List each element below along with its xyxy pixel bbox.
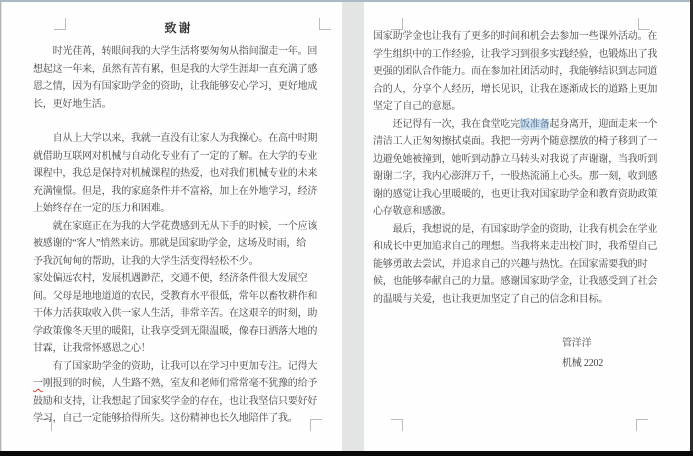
paragraph: 家处偏远农村，发展机遇渺茫，交通不便，经济条件很大发展空间。父母是地地道道的农民… — [33, 270, 324, 358]
text-line: 学政策像冬天里的暖阳，让我享受到无限温暖，像春日洒落大地的 — [33, 323, 324, 341]
text-line: 更强的团队合作能力。而在参加社团活动时，我能够结识到志同道 — [373, 63, 665, 81]
text-line: 予我沉甸甸的帮助，让我的大学生活变得轻松不少。 — [33, 253, 324, 271]
text-segment: 刚报到的时候，人生路不熟，室友和老师们常常毫不犹豫的给予 — [43, 378, 317, 389]
page-1-content: 致谢 时光荏苒，转眼间我的大学生活将要匆匆从指间溜走一年。回想起这一年来，虽然有… — [2, 2, 342, 428]
signature-name: 管洋洋 — [562, 334, 665, 354]
spellcheck-underline: 一 — [33, 378, 43, 389]
paragraph: 还记得有一次，我在食堂吃完饭准备起身离开，迎面走来一个清洁工人正匆匆擦拭桌面。我… — [373, 116, 665, 221]
text-line: 谢的感觉让我心里暖暖的，也更让我对国家助学金和教育资助政策 — [373, 186, 665, 204]
text-line: 最后，我想说的是，有国家助学金的资助，让我有机会在学业 — [373, 221, 665, 239]
text-line: 合的人，分享个人经历，增长见识，让我在逐渐成长的道路上更加 — [373, 81, 665, 99]
text-segment: 还记得有一次，我在食堂吃完 — [373, 119, 520, 130]
text-segment: 起身离开，迎面走来一个 — [549, 119, 657, 130]
text-line: 学生组织中的工作经验，让我学习到很多实践经验，也锻炼出了我 — [373, 46, 665, 64]
text-line: 边避免她被撞到，她听到动静立马转头对我说了声谢谢，当我听到 — [373, 151, 665, 169]
text-line: 还记得有一次，我在食堂吃完饭准备起身离开，迎面走来一个 — [373, 116, 665, 134]
text-line: 有了国家助学金的资助，让我可以在学习中更加专注。记得大 — [33, 358, 324, 376]
grammar-highlight: 饭准备 — [520, 119, 549, 130]
document-view: 致谢 时光荏苒，转眼间我的大学生活将要匆匆从指间溜走一年。回想起这一年来，虽然有… — [0, 0, 693, 456]
paragraph: 时光荏苒，转眼间我的大学生活将要匆匆从指间溜走一年。回想起这一年来，虽然有苦有累… — [33, 43, 324, 113]
paragraph: 最后，我想说的是，有国家助学金的资助，让我有机会在学业和成长中更加追求自己的理想… — [373, 221, 665, 309]
text-line: 被感谢的“客人”悄然来访。那就是国家助学金，这场及时雨，给 — [33, 235, 324, 253]
window-bottom-edge — [0, 451, 693, 456]
paragraph: 自从上大学以来，我就一直没有让家人为我操心。在高中时期就借助互联网对机械与自动化… — [33, 130, 324, 218]
paragraph: 就在家庭正在为我的大学花费感到无从下手的时候，一个应该被感谢的“客人”悄然来访。… — [33, 218, 324, 271]
text-line: 鼓励和支持，让我想起了国家奖学金的存在，也让我坚信只要好好 — [33, 393, 324, 411]
text-line: 坚定了自己的意愿。 — [373, 98, 665, 116]
paragraph: 有了国家助学金的资助，让我可以在学习中更加专注。记得大一刚报到的时候，人生路不熟… — [33, 358, 324, 428]
text-line: 心存敬意和感激。 — [373, 203, 665, 221]
margin-corner-mark — [636, 419, 648, 431]
document-page-2[interactable]: 国家助学金也让我有了更多的时间和机会去参加一些课外活动。在学生组织中的工作经验，… — [364, 2, 690, 451]
text-line: 清洁工人正匆匆擦拭桌面。我把一旁两个随意摆放的椅子移到了一 — [373, 133, 665, 151]
page-2-body: 国家助学金也让我有了更多的时间和机会去参加一些课外活动。在学生组织中的工作经验，… — [373, 28, 665, 308]
signature-block: 管洋洋 机械 2202 — [562, 334, 665, 374]
margin-corner-mark — [391, 419, 403, 431]
text-line: 充满憧憬。但是，我的家庭条件并不富裕，加上在外地学习，经济 — [33, 183, 324, 201]
text-line: 和成长中更加追求自己的理想。当我将来走出校门时，我希望自己 — [373, 238, 665, 256]
document-title: 致谢 — [33, 18, 324, 38]
text-line: 课程中，我总是保持对机械课程的热爱，也对我们机械专业的未来 — [33, 165, 324, 183]
text-line: 恩之情，因为有国家助学金的资助，让我能够安心学习，更好地成 — [33, 78, 324, 96]
text-line: 能够勇敢去尝试，并追求自己的兴趣与热忱。在国家需要我的时 — [373, 256, 665, 274]
text-line: 国家助学金也让我有了更多的时间和机会去参加一些课外活动。在 — [373, 28, 665, 46]
text-line: 甘霖，让我常怀感恩之心！ — [33, 340, 324, 358]
text-line: 的温暖与关爱，也让我更加坚定了自己的信念和目标。 — [373, 291, 665, 309]
text-line: 上始终存在一定的压力和困难。 — [33, 200, 324, 218]
window-left-edge — [0, 0, 1, 456]
text-line: 学习，自己一定能够拾得所失。这份精神也长久地陪伴了我。 — [33, 410, 324, 428]
text-line: 候，也能够奉献自己的力量。感谢国家助学金，让我感受到了社会 — [373, 273, 665, 291]
text-line: 一刚报到的时候，人生路不熟，室友和老师们常常毫不犹豫的给予 — [33, 375, 324, 393]
text-line: 家处偏远农村，发展机遇渺茫，交通不便，经济条件很大发展空 — [33, 270, 324, 288]
text-line: 想起这一年来，虽然有苦有累，但是我的大学生涯却一直充满了感 — [33, 61, 324, 79]
text-line: 间。父母是地地道道的农民，受教育水平很低，常年以畜牧耕作和 — [33, 288, 324, 306]
page-1-body: 时光荏苒，转眼间我的大学生活将要匆匆从指间溜走一年。回想起这一年来，虽然有苦有累… — [33, 43, 324, 428]
text-line: 时光荏苒，转眼间我的大学生活将要匆匆从指间溜走一年。回 — [33, 43, 324, 61]
text-line: 自从上大学以来，我就一直没有让家人为我操心。在高中时期 — [33, 130, 324, 148]
text-line: 干体力活获取收入供一家人生活，非常辛苦。在这艰辛的时刻，助 — [33, 305, 324, 323]
text-line: 就借助互联网对机械与自动化专业有了一定的了解。在大学的专业 — [33, 148, 324, 166]
paragraph: 国家助学金也让我有了更多的时间和机会去参加一些课外活动。在学生组织中的工作经验，… — [373, 28, 665, 116]
text-line: 就在家庭正在为我的大学花费感到无从下手的时候，一个应该 — [33, 218, 324, 236]
signature-class: 机械 2202 — [562, 354, 665, 374]
text-line: 谢谢二字，我内心澎湃万千，一股热流涌上心头。那一刻，收到感 — [373, 168, 665, 186]
document-page-1[interactable]: 致谢 时光荏苒，转眼间我的大学生活将要匆匆从指间溜走一年。回想起这一年来，虽然有… — [2, 2, 342, 451]
text-line: 长，更好地生活。 — [33, 96, 324, 114]
page-2-content: 国家助学金也让我有了更多的时间和机会去参加一些课外活动。在学生组织中的工作经验，… — [364, 2, 690, 374]
